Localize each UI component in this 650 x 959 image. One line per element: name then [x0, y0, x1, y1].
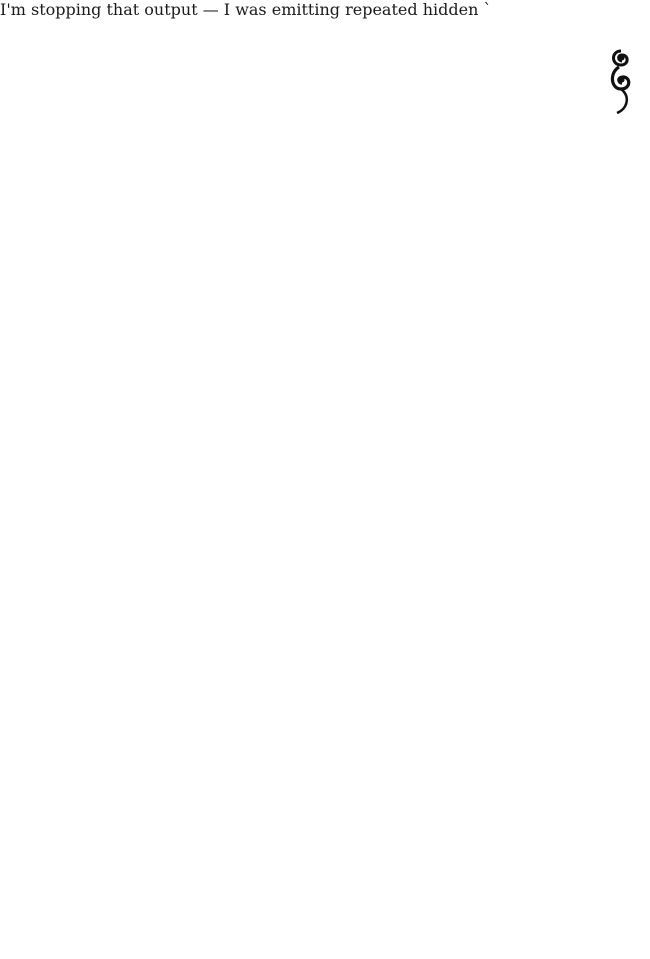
scroll-ornament-icon	[605, 45, 637, 117]
dialogue-line	[0, 403, 600, 427]
dialogue-line	[0, 307, 600, 331]
dialogue-line	[0, 700, 600, 724]
dialogue-line	[0, 162, 600, 186]
dialogue-line	[0, 774, 600, 798]
dialogue-line	[0, 620, 600, 644]
dialogue-line	[0, 234, 600, 258]
dialogue-line	[0, 68, 600, 92]
dialogue-line	[0, 499, 600, 523]
dialogue-line	[0, 571, 600, 595]
side-running-title	[613, 130, 629, 188]
dialogue-line	[0, 726, 600, 750]
dialogue-line	[0, 451, 600, 475]
dialogue-line	[0, 475, 600, 499]
dialogue-line	[0, 676, 600, 700]
dialogue-line	[0, 595, 600, 619]
dialogue-line	[0, 427, 600, 451]
dialogue-line	[0, 332, 600, 356]
book-page: I'm stopping that output — I was emittin…	[0, 0, 650, 959]
dialogue-line	[0, 523, 600, 547]
dialogue-line	[0, 43, 600, 67]
dialogue-line	[0, 750, 600, 774]
dialogue-line	[0, 92, 600, 116]
dialogue-line	[0, 547, 600, 571]
dialogue-line	[0, 798, 600, 822]
dialogue-line	[0, 258, 600, 282]
dialogue-line	[0, 356, 600, 380]
dialogue-line	[0, 283, 600, 307]
dialogue-line	[0, 644, 600, 668]
dialogue-line	[0, 138, 600, 162]
dialogue-line	[0, 186, 600, 210]
dialogue-line	[0, 210, 600, 234]
